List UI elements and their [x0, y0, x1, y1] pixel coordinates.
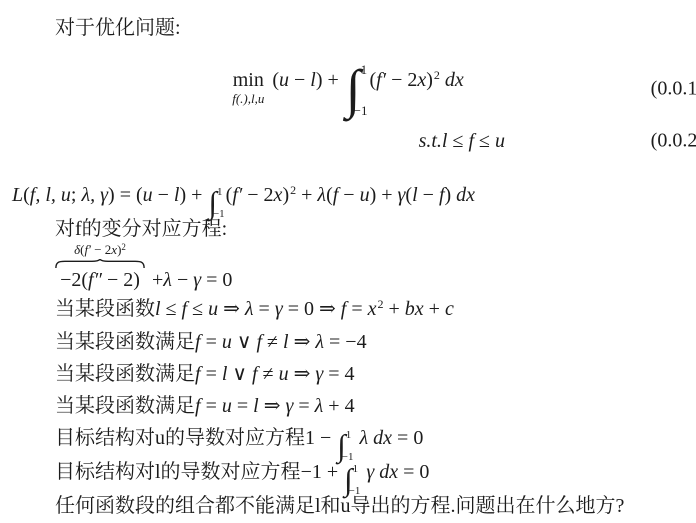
integral-upper-limit: 1 [361, 63, 368, 76]
math-text: ) [445, 184, 457, 206]
math-text: 当某段函数 [55, 298, 155, 320]
math-text: = −4 [324, 331, 367, 353]
math-text: ≠ [262, 331, 283, 353]
math-text: − [418, 184, 439, 206]
math-text: = 4 [323, 363, 354, 385]
math-variable: λ [317, 184, 326, 206]
math-variable: γ [275, 298, 283, 320]
case-line-both-active: 当某段函数满足f = u = l ⇒ γ = λ + 4 [55, 394, 355, 419]
integral: ∫1−1 [208, 186, 224, 220]
overbrace-content: −2(f″ − 2) [55, 268, 145, 292]
overbrace-group: δ(f′ − 2x)2−2(f″ − 2) [55, 242, 145, 292]
math-text: = 0 [201, 269, 232, 291]
case-line-lower-active: 当某段函数满足f = l ∨ f ≠ u ⇒ γ = 4 [55, 362, 355, 387]
case-line-upper-active: 当某段函数满足f = u ∨ f ≠ l ⇒ λ = −4 [55, 330, 367, 355]
math-text: − 2 [242, 184, 273, 206]
min-operator-name: min [232, 70, 264, 90]
math-text: 当某段函数满足 [55, 363, 195, 385]
math-text: ≠ [258, 363, 279, 385]
display-equation-constraint: s.t.l ≤ f ≤ u (0.0.2) [0, 127, 696, 155]
equation-constraint-math: s.t.l ≤ f ≤ u [419, 129, 505, 154]
math-text: = 0 [398, 461, 429, 483]
math-text: 当某段函数满足 [55, 331, 195, 353]
math-variable: u [495, 130, 505, 152]
equation-objective-math: minf(.),l,u (u − l) + ∫1−1(f′ − 2x)2 dx [232, 61, 464, 117]
math-text: 目标结构对u的导数对应方程 [55, 427, 305, 449]
math-text: ) = ( [108, 184, 143, 206]
math-text: ( [326, 184, 333, 206]
math-variable: u [222, 395, 232, 417]
math-variable: λ [315, 395, 324, 417]
intro-text: 对于优化问题: [55, 16, 181, 41]
math-text: ⇒ [218, 298, 245, 320]
math-variable: f″ [88, 269, 102, 291]
math-text: ( [267, 69, 279, 91]
math-text: = [201, 331, 222, 353]
math-text: ≤ [187, 298, 208, 320]
math-variable: u [279, 363, 289, 385]
math-variable: c [445, 298, 454, 320]
integral: ∫1−1 [337, 429, 353, 463]
integral: ∫1−1 [346, 61, 368, 117]
math-variable: u [222, 331, 232, 353]
math-text: ) [282, 184, 289, 206]
math-variable: u [143, 184, 153, 206]
equation-number-2: (0.0.2) [651, 129, 696, 154]
integral-upper-limit: 1 [346, 430, 354, 441]
math-text: ∨ [227, 363, 252, 385]
math-text: ( [23, 184, 30, 206]
math-text: ; [71, 184, 82, 206]
math-variable: λ dx [355, 427, 393, 449]
math-variable: bx [405, 298, 424, 320]
math-variable: u [208, 298, 218, 320]
math-text: ∨ [232, 331, 257, 353]
math-text: −1 + [301, 461, 344, 483]
overbrace [55, 259, 145, 268]
math-text: ) + [179, 184, 207, 206]
math-text: + [147, 269, 163, 291]
min-operator: minf(.),l,u [232, 70, 264, 107]
math-text: ⇒ [259, 395, 286, 417]
math-variable: λ [163, 269, 172, 291]
math-text: ⇒ [289, 363, 316, 385]
closing-question-text: 任何函数段的组合都不能满足l和u导出的方程.问题出在什么地方? [55, 494, 624, 519]
math-text: − [289, 69, 310, 91]
math-text: 1 − [305, 427, 336, 449]
math-variable: dx [456, 184, 475, 206]
math-text: + 4 [323, 395, 354, 417]
math-variable: λ [245, 298, 254, 320]
superscript: 2 [121, 242, 126, 252]
math-text: ≤ [474, 130, 495, 152]
integral-limits: 1−1 [353, 463, 361, 497]
math-text: 当某段函数满足 [55, 395, 195, 417]
variation-heading: 对f的变分对应方程: [55, 217, 227, 242]
math-variable: dx [445, 69, 464, 91]
case-line-interior: 当某段函数l ≤ f ≤ u ⇒ λ = γ = 0 ⇒ f = x2 + bx… [55, 297, 454, 322]
integral-limits: 1−1 [346, 429, 354, 463]
math-text: = [346, 298, 367, 320]
math-variable: x [417, 69, 426, 91]
derivative-l-equation: 目标结构对l的导数对应方程−1 + ∫1−1 γ dx = 0 [55, 460, 429, 497]
math-text: = 0 [392, 427, 423, 449]
math-text: + [424, 298, 445, 320]
math-variable: γ dx [361, 461, 398, 483]
overbrace-icon [55, 259, 145, 268]
math-text: + [296, 184, 317, 206]
lagrangian-equation: L(f, l, u; λ, γ) = (u − l) + ∫1−1(f′ − 2… [12, 183, 475, 220]
math-text: ) [426, 69, 433, 91]
math-variable: f′ [376, 69, 386, 91]
math-variable: f, l, u [30, 184, 71, 206]
variation-equation-with-overbrace: δ(f′ − 2x)2−2(f″ − 2) +λ − γ = 0 [55, 242, 232, 293]
math-text: 目标结构对l的导数对应方程 [55, 461, 301, 483]
math-text: = [232, 395, 253, 417]
math-text: = 0 ⇒ [283, 298, 341, 320]
derivative-u-equation: 目标结构对u的导数对应方程1 − ∫1−1 λ dx = 0 [55, 426, 423, 463]
math-text: ) + [316, 69, 344, 91]
math-variable: λ [315, 331, 324, 353]
math-text: ≤ [447, 130, 468, 152]
math-variable: x [368, 298, 377, 320]
overbrace-label: δ(f′ − 2x)2 [55, 242, 145, 258]
min-operator-underscript: f(.),l,u [232, 92, 264, 107]
math-variable: u [360, 184, 370, 206]
superscript: 2 [434, 68, 440, 82]
math-text: = [201, 395, 222, 417]
math-variable: γ [193, 269, 201, 291]
math-text: − 2 [91, 242, 111, 257]
math-text: − [338, 184, 359, 206]
math-text: − 2) [102, 269, 140, 291]
math-text: = [293, 395, 314, 417]
integral-limits: 1−1 [361, 61, 368, 117]
integral-upper-limit: 1 [217, 187, 225, 198]
integral-upper-limit: 1 [353, 464, 361, 475]
latex-document-page: 对于优化问题: minf(.),l,u (u − l) + ∫1−1(f′ − … [0, 0, 696, 523]
math-variable: f′ [232, 184, 242, 206]
math-text: − [172, 269, 193, 291]
integral-lower-limit: −1 [354, 104, 368, 117]
math-variable: s.t.l [419, 130, 448, 152]
integral: ∫1−1 [344, 463, 360, 497]
math-text: = [254, 298, 275, 320]
math-text: ) + [370, 184, 398, 206]
math-text: − 2 [386, 69, 417, 91]
math-text: + [383, 298, 404, 320]
equation-number-1: (0.0.1) [651, 77, 696, 102]
math-variable: u [279, 69, 289, 91]
integral-limits: 1−1 [217, 186, 225, 220]
math-variable: L [12, 184, 23, 206]
math-text: = [201, 363, 222, 385]
math-text: − [153, 184, 174, 206]
math-text: ⇒ [289, 331, 316, 353]
math-text: ≤ [161, 298, 182, 320]
display-equation-objective: minf(.),l,u (u − l) + ∫1−1(f′ − 2x)2 dx … [0, 56, 696, 122]
math-text: −2( [60, 269, 88, 291]
math-variable: λ, γ [81, 184, 108, 206]
